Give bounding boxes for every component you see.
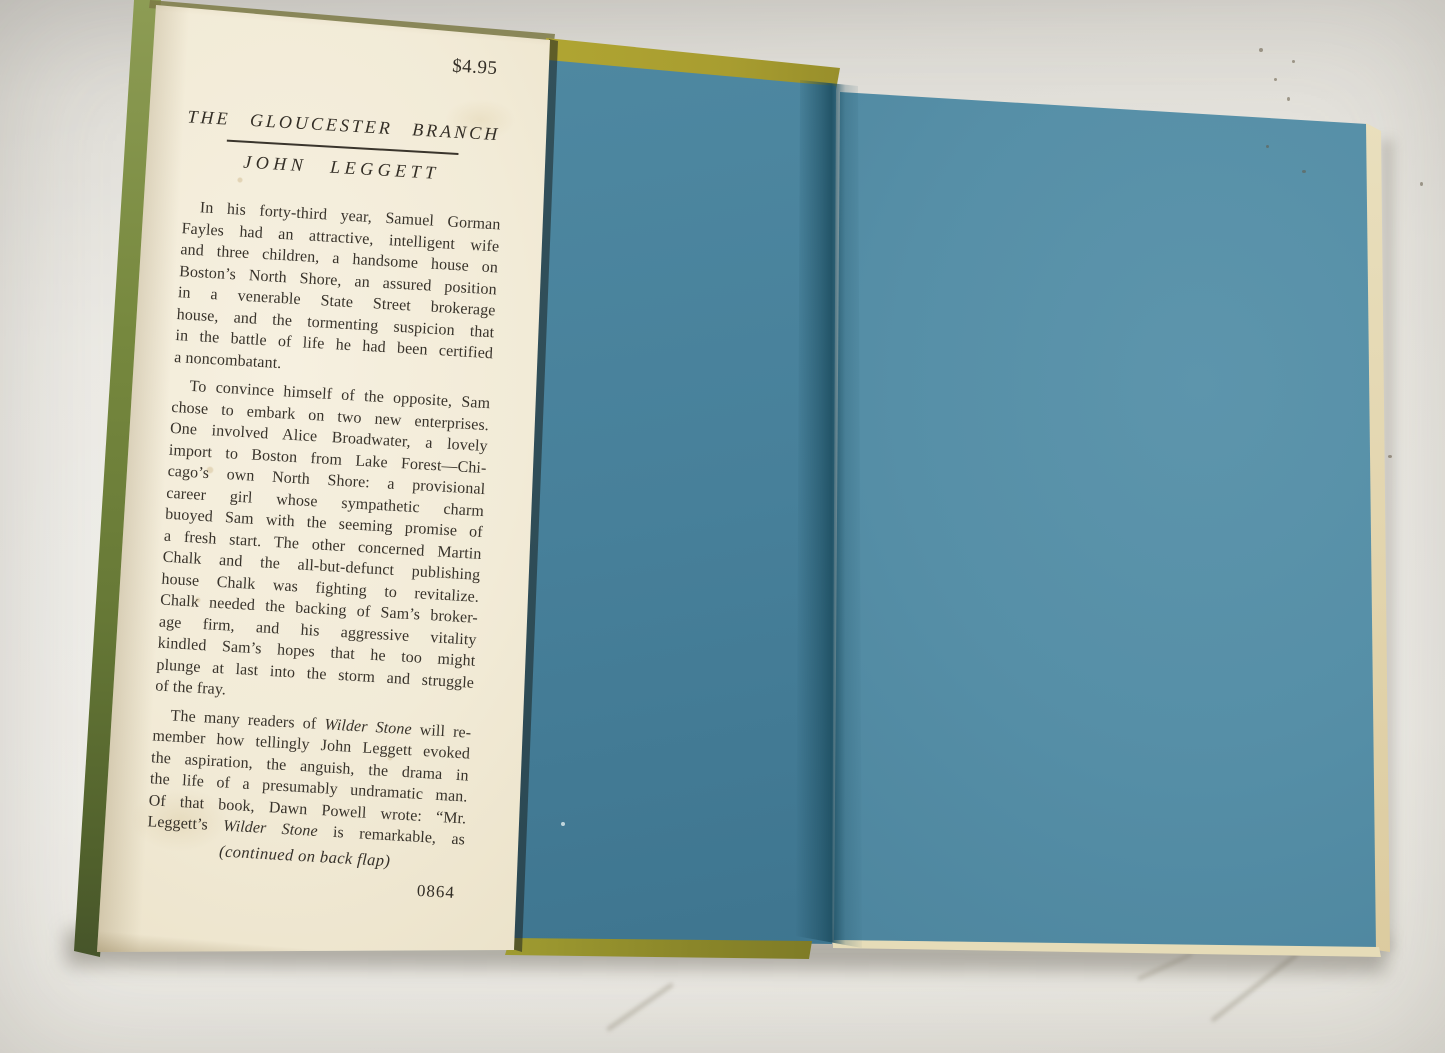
table-speck — [1259, 48, 1263, 52]
blurb-paragraph: To convince himself of the opposite, Sam… — [155, 375, 491, 715]
blurb-paragraph: The many readers of Wilder Stone will re… — [147, 704, 472, 851]
flap-header: THE GLOUCESTER BRANCH JOHN LEGGETT — [181, 104, 504, 188]
table-speck — [1302, 170, 1306, 173]
table-speck — [1266, 145, 1269, 148]
table-speck — [1292, 60, 1295, 63]
table-speck — [1420, 182, 1423, 186]
book-gutter — [795, 75, 865, 957]
flap-price: $4.95 — [417, 54, 498, 81]
blurb-paragraph: In his forty-third year, Samuel GormanFa… — [174, 196, 501, 386]
table-speck — [1388, 455, 1392, 458]
flap-blurb: In his forty-third year, Samuel GormanFa… — [147, 196, 501, 851]
table-speck — [1274, 78, 1277, 81]
book-photo: $4.95 THE GLOUCESTER BRANCH JOHN LEGGETT… — [0, 0, 1445, 1053]
table-speck — [1287, 97, 1290, 101]
flap-text: $4.95 THE GLOUCESTER BRANCH JOHN LEGGETT… — [95, 14, 560, 996]
endpaper-flyleaf — [830, 85, 1390, 961]
paper-fleck — [561, 822, 565, 826]
